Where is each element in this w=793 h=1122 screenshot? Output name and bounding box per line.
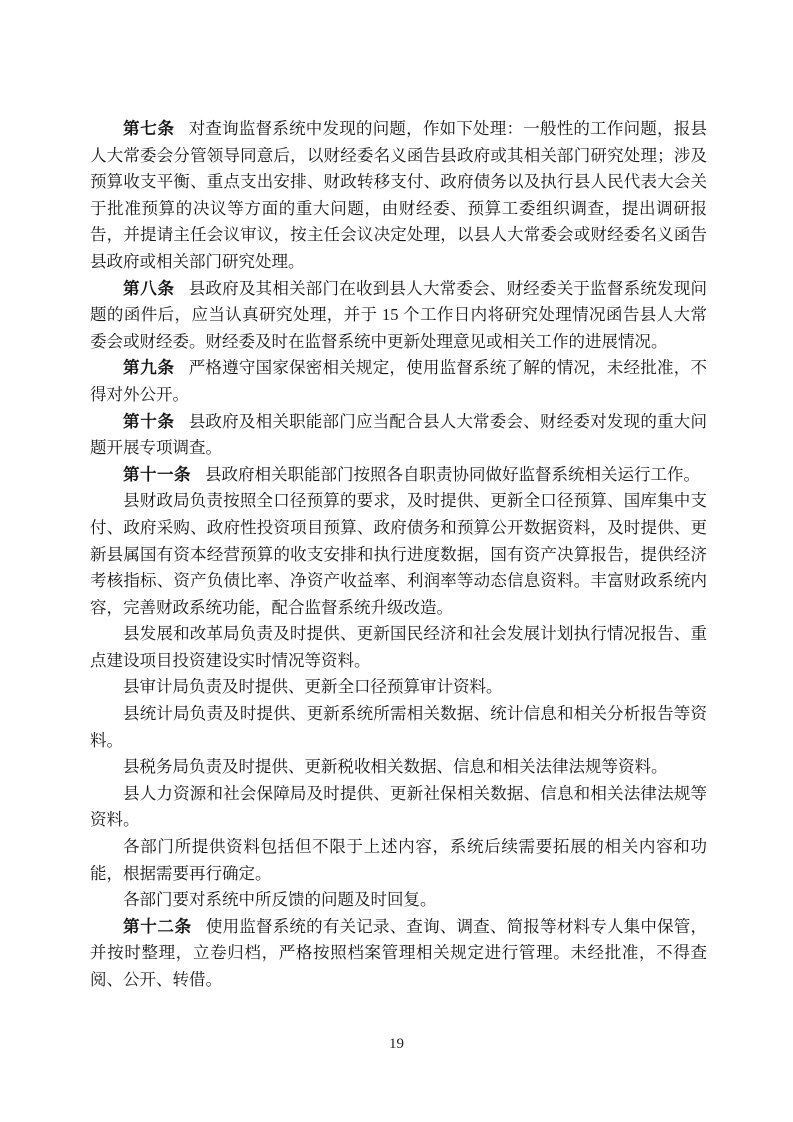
paragraph-text: 各部门所提供资料包括但不限于上述内容，系统后续需要拓展的相关内容和功能，根据需要…	[90, 837, 707, 883]
article-number-label: 第九条	[123, 358, 189, 377]
paragraph-text: 县统计局负责及时提供、更新系统所需相关数据、统计信息和相关分析报告等资料。	[90, 704, 707, 750]
article-number-label: 第七条	[123, 119, 189, 138]
paragraph-text: 各部门要对系统中所反馈的问题及时回复。	[123, 890, 437, 909]
article-number-label: 第十条	[123, 412, 189, 431]
paragraph-text: 县人力资源和社会保障局及时提供、更新社保相关数据、信息和相关法律法规等资料。	[90, 784, 707, 830]
paragraph-text: 县发展和改革局负责及时提供、更新国民经济和社会发展计划执行情况报告、重点建设项目…	[90, 624, 707, 670]
article-number-label: 第八条	[123, 279, 189, 298]
article-number-label: 第十二条	[123, 917, 206, 936]
paragraph-departments-reply: 各部门要对系统中所反馈的问题及时回复。	[90, 887, 707, 914]
paragraph-departments-materials: 各部门所提供资料包括但不限于上述内容，系统后续需要拓展的相关内容和功能，根据需要…	[90, 834, 707, 887]
paragraph-hr-social-security-bureau: 县人力资源和社会保障局及时提供、更新社保相关数据、信息和相关法律法规等资料。	[90, 781, 707, 834]
paragraph-article-9: 第九条严格遵守国家保密相关规定，使用监督系统了解的情况，未经批准，不得对外公开。	[90, 355, 707, 408]
paragraph-development-reform-bureau: 县发展和改革局负责及时提供、更新国民经济和社会发展计划执行情况报告、重点建设项目…	[90, 621, 707, 674]
paragraph-text: 县税务局负责及时提供、更新税收相关数据、信息和相关法律法规等资料。	[123, 757, 668, 776]
paragraph-tax-bureau: 县税务局负责及时提供、更新税收相关数据、信息和相关法律法规等资料。	[90, 754, 707, 781]
paragraph-article-12: 第十二条使用监督系统的有关记录、查询、调查、简报等材料专人集中保管，并按时整理，…	[90, 914, 707, 994]
paragraph-article-7: 第七条对查询监督系统中发现的问题，作如下处理：一般性的工作问题，报县人大常委会分…	[90, 116, 707, 276]
page-number: 19	[0, 1034, 793, 1054]
paragraph-article-11: 第十一条县政府相关职能部门按照各自职责协同做好监督系统相关运行工作。	[90, 462, 707, 489]
paragraph-article-10: 第十条县政府及相关职能部门应当配合县人大常委会、财经委对发现的重大问题开展专项调…	[90, 409, 707, 462]
paragraph-finance-bureau: 县财政局负责按照全口径预算的要求，及时提供、更新全口径预算、国库集中支付、政府采…	[90, 488, 707, 621]
document-body: 第七条对查询监督系统中发现的问题，作如下处理：一般性的工作问题，报县人大常委会分…	[90, 116, 707, 994]
paragraph-text: 县财政局负责按照全口径预算的要求，及时提供、更新全口径预算、国库集中支付、政府采…	[90, 491, 707, 616]
article-number-label: 第十一条	[123, 465, 205, 484]
paragraph-article-8: 第八条县政府及其相关部门在收到县人大常委会、财经委关于监督系统发现问题的函件后，…	[90, 276, 707, 356]
paragraph-text: 对查询监督系统中发现的问题，作如下处理：一般性的工作问题，报县人大常委会分管领导…	[90, 119, 707, 271]
paragraph-audit-bureau: 县审计局负责及时提供、更新全口径预算审计资料。	[90, 674, 707, 701]
paragraph-text: 县政府相关职能部门按照各自职责协同做好监督系统相关运行工作。	[205, 465, 700, 484]
paragraph-text: 县审计局负责及时提供、更新全口径预算审计资料。	[123, 677, 503, 696]
document-page: 第七条对查询监督系统中发现的问题，作如下处理：一般性的工作问题，报县人大常委会分…	[0, 0, 793, 1122]
paragraph-statistics-bureau: 县统计局负责及时提供、更新系统所需相关数据、统计信息和相关分析报告等资料。	[90, 701, 707, 754]
